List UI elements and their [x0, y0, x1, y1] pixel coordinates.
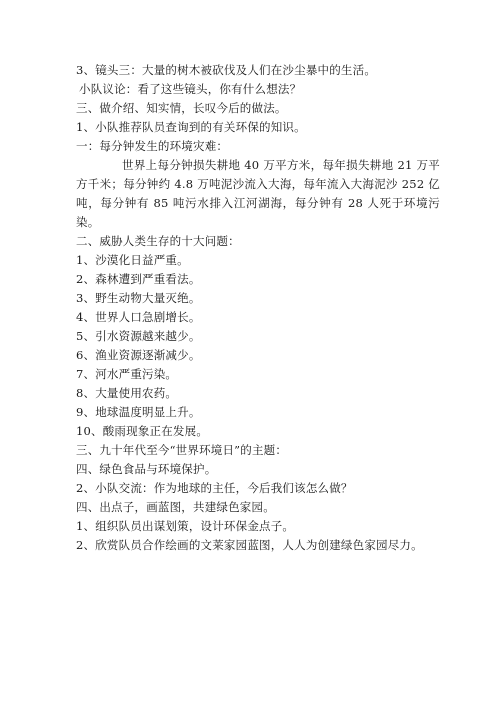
list-item-problem-2: 2、森林遭到严重看法。 — [76, 270, 440, 289]
document-body: 3、镜头三：大量的树木被砍伐及人们在沙尘暴中的生活。 小队议论：看了这些镜头，你… — [76, 61, 440, 555]
section-heading-ideas-blueprint: 四、出点子，画蓝图，共建绿色家园。 — [76, 498, 440, 517]
text-line-appreciate-blueprint: 2、欣赏队员合作绘画的文莱家园蓝图，人人为创建绿色家园尽力。 — [76, 536, 440, 555]
section-heading-introduce: 三、做介绍、知实情，长叹今后的做法。 — [76, 99, 440, 118]
subheading-green-food: 四、绿色食品与环境保护。 — [76, 460, 440, 479]
subheading-disasters-per-minute: 一：每分钟发生的环境灾难： — [76, 137, 440, 156]
list-item-problem-9: 9、地球温度明显上升。 — [76, 403, 440, 422]
list-item-problem-3: 3、野生动物大量灭绝。 — [76, 289, 440, 308]
document-page: 3、镜头三：大量的树木被砍伐及人们在沙尘暴中的生活。 小队议论：看了这些镜头，你… — [0, 0, 500, 707]
list-item-problem-7: 7、河水严重污染。 — [76, 365, 440, 384]
text-line-recommend-knowledge: 1、小队推荐队员查询到的有关环保的知识。 — [76, 118, 440, 137]
text-line-team-discussion: 小队议论：看了这些镜头，你有什么想法？ — [76, 80, 440, 99]
subheading-environment-day-themes: 三、九十年代至今“世界环境日”的主题： — [76, 441, 440, 460]
subheading-ten-problems: 二、威胁人类生存的十大问题： — [76, 232, 440, 251]
text-line-shot-three: 3、镜头三：大量的树木被砍伐及人们在沙尘暴中的生活。 — [76, 61, 440, 80]
list-item-problem-6: 6、渔业资源逐渐减少。 — [76, 346, 440, 365]
list-item-problem-5: 5、引水资源越来越少。 — [76, 327, 440, 346]
paragraph-disaster-statistics: 世界上每分钟损失耕地 40 万平方米，每年损失耕地 21 万平方千米；每分钟约 … — [76, 156, 440, 232]
list-item-problem-8: 8、大量使用农药。 — [76, 384, 440, 403]
list-item-problem-1: 1、沙漠化日益严重。 — [76, 251, 440, 270]
text-line-organize-ideas: 1、组织队员出谋划策，设计环保金点子。 — [76, 517, 440, 536]
text-line-team-exchange: 2、小队交流：作为地球的主任，今后我们该怎么做？ — [76, 479, 440, 498]
list-item-problem-4: 4、世界人口急剧增长。 — [76, 308, 440, 327]
list-item-problem-10: 10、酸雨现象正在发展。 — [76, 422, 440, 441]
